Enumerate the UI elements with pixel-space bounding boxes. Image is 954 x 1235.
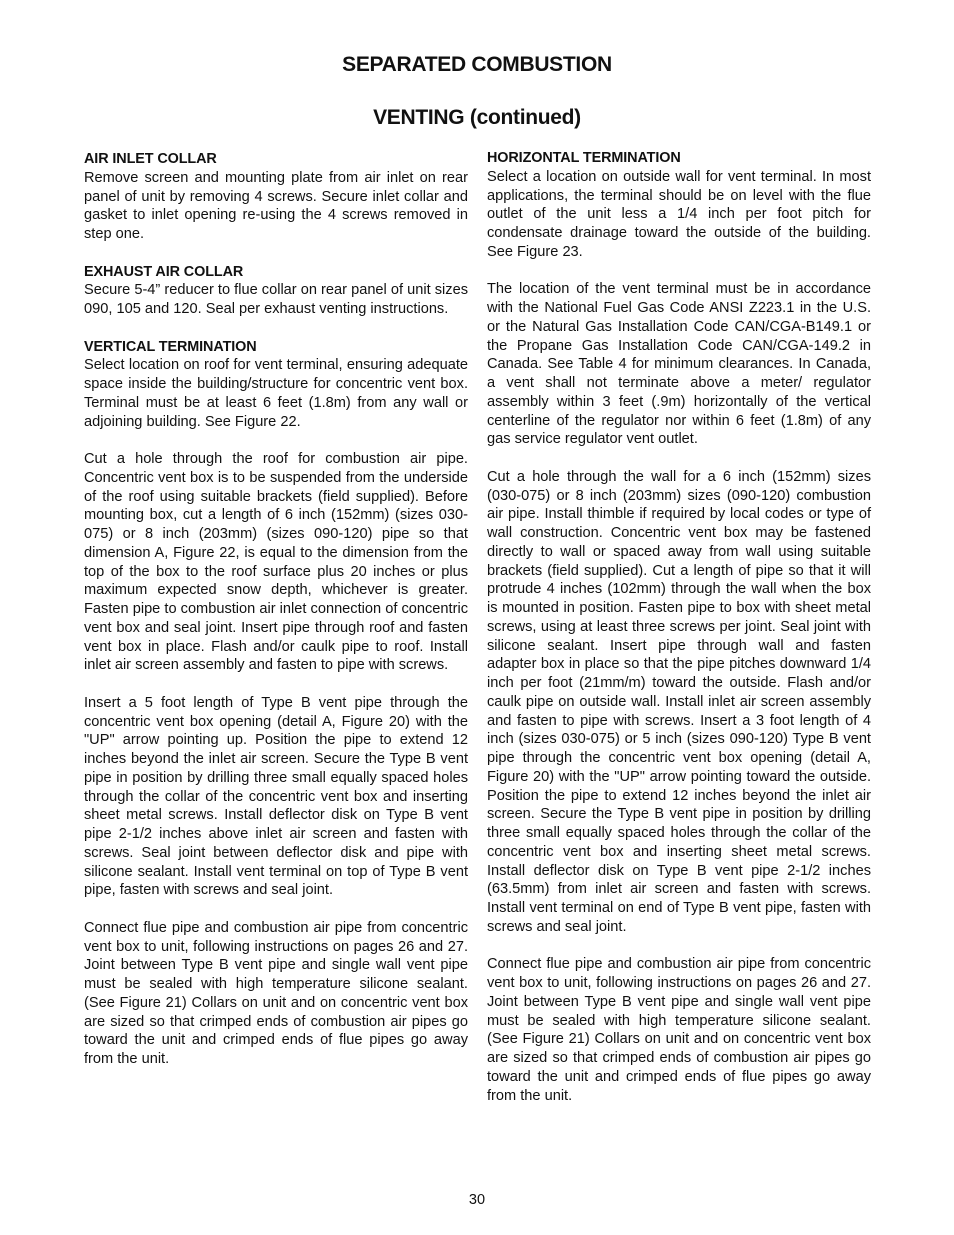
page-subtitle: VENTING (continued) [0,107,954,128]
paragraph: Remove screen and mounting plate from ai… [84,169,468,244]
right-column: HORIZONTAL TERMINATION Select a location… [487,149,871,1124]
paragraph: Select a location on outside wall for ve… [487,168,871,262]
paragraph: Connect flue pipe and combustion air pip… [487,955,871,1105]
section-heading: EXHAUST AIR COLLAR [84,263,468,282]
paragraph: Insert a 5 foot length of Type B vent pi… [84,694,468,900]
page-title: SEPARATED COMBUSTION [0,54,954,75]
paragraph: Cut a hole through the wall for a 6 inch… [487,468,871,937]
section-horizontal-termination: HORIZONTAL TERMINATION Select a location… [487,149,871,1105]
section-heading: VERTICAL TERMINATION [84,338,468,357]
paragraph: Cut a hole through the roof for combusti… [84,450,468,675]
page-number: 30 [0,1192,954,1208]
section-heading: HORIZONTAL TERMINATION [487,149,871,168]
paragraph: Secure 5-4” reducer to flue collar on re… [84,281,468,319]
section-vertical-termination: VERTICAL TERMINATION Select location on … [84,338,468,1069]
paragraph: Select location on roof for vent termina… [84,356,468,431]
section-exhaust-air-collar: EXHAUST AIR COLLAR Secure 5-4” reducer t… [84,263,468,319]
section-air-inlet-collar: AIR INLET COLLAR Remove screen and mount… [84,150,468,244]
paragraph: Connect flue pipe and combustion air pip… [84,919,468,1069]
paragraph: The location of the vent terminal must b… [487,280,871,449]
section-heading: AIR INLET COLLAR [84,150,468,169]
left-column: AIR INLET COLLAR Remove screen and mount… [84,150,468,1088]
